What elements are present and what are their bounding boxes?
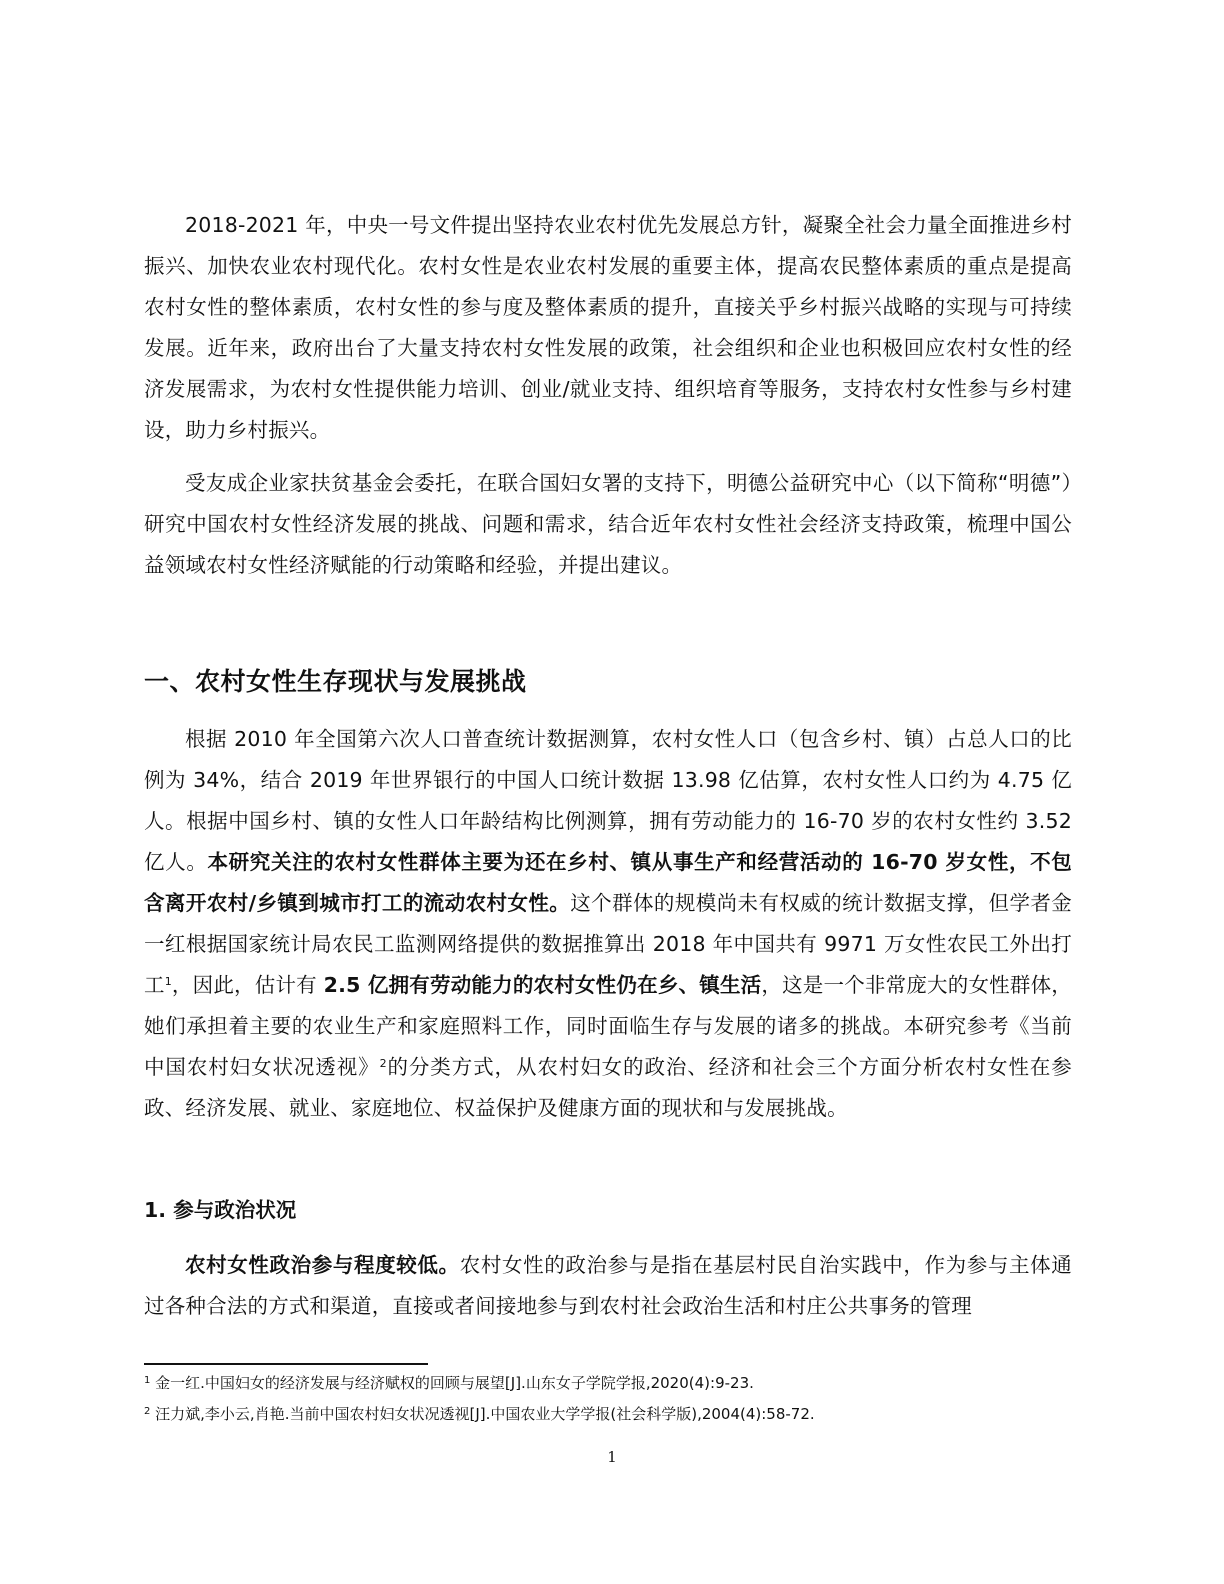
politics-paragraph: 农村女性政治参与程度较低。农村女性的政治参与是指在基层村民自治实践中，作为参与主… <box>144 1245 1072 1327</box>
document-page: 2018-2021 年，中央一号文件提出坚持农业农村优先发展总方针，凝聚全社会力… <box>0 0 1224 1584</box>
population-paragraph: 根据 2010 年全国第六次人口普查统计数据测算，农村女性人口（包含乡村、镇）占… <box>144 719 1072 1129</box>
footnote-mark: 1 <box>144 1375 150 1386</box>
bold-text-run: 2.5 亿拥有劳动能力的农村女性仍在乡、镇生活 <box>324 973 762 997</box>
footnote-text: 金一红.中国妇女的经济发展与经济赋权的回顾与展望[J].山东女子学院学报,202… <box>155 1374 754 1392</box>
footnote-text: 汪力斌,李小云,肖艳.当前中国农村妇女状况透视[J].中国农业大学学报(社会科学… <box>155 1405 815 1423</box>
intro-paragraph-1: 2018-2021 年，中央一号文件提出坚持农业农村优先发展总方针，凝聚全社会力… <box>144 205 1072 451</box>
section-heading: 一、农村女性生存现状与发展挑战 <box>144 662 527 698</box>
page-number: 1 <box>0 1448 1224 1466</box>
footnote-ref-2[interactable]: 2 <box>380 1057 387 1070</box>
footnote-2: 2 汪力斌,李小云,肖艳.当前中国农村妇女状况透视[J].中国农业大学学报(社会… <box>144 1403 815 1425</box>
text-run: ，因此，估计有 <box>172 973 324 997</box>
footnote-ref-1[interactable]: 1 <box>165 975 172 988</box>
subsection-heading: 1. 参与政治状况 <box>144 1193 296 1223</box>
footnote-divider <box>144 1363 428 1365</box>
footnote-mark: 2 <box>144 1406 150 1417</box>
section-body: 根据 2010 年全国第六次人口普查统计数据测算，农村女性人口（包含乡村、镇）占… <box>144 719 1072 1129</box>
footnote-1: 1 金一红.中国妇女的经济发展与经济赋权的回顾与展望[J].山东女子学院学报,2… <box>144 1372 754 1394</box>
bold-lead: 农村女性政治参与程度较低。 <box>185 1253 460 1277</box>
intro-section: 2018-2021 年，中央一号文件提出坚持农业农村优先发展总方针，凝聚全社会力… <box>144 205 1072 586</box>
intro-paragraph-2: 受友成企业家扶贫基金会委托，在联合国妇女署的支持下，明德公益研究中心（以下简称“… <box>144 463 1072 586</box>
subsection-body: 农村女性政治参与程度较低。农村女性的政治参与是指在基层村民自治实践中，作为参与主… <box>144 1245 1072 1327</box>
